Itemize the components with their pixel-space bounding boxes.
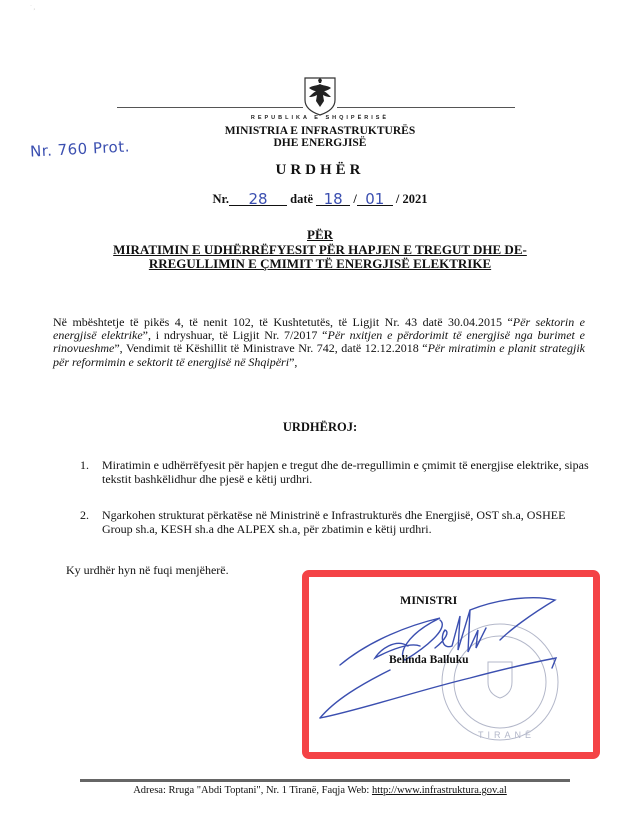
item-number: 1. (80, 458, 102, 486)
order-item: 2. Ngarkohen strukturat përkatëse në Min… (80, 508, 590, 536)
preamble-text: ”, Vendimit të Këshillit të Ministrave N… (114, 341, 427, 355)
preamble-text: ”, (289, 355, 297, 369)
handwritten-protocol-number: Nr. 760 Prot. (30, 137, 131, 160)
title-line-2: MIRATIMIN E UDHËRRËFYESIT PËR HAPJEN E T… (0, 243, 640, 258)
order-number-line: Nr.28 datë 18 /01 / 2021 (0, 192, 640, 207)
coat-of-arms-icon (303, 74, 337, 116)
effective-statement: Ky urdhër hyn në fuqi menjëherë. (66, 563, 229, 578)
nr-value: 28 (248, 190, 267, 208)
date-day: 18 (324, 190, 343, 208)
svg-text:TIRANË: TIRANË (478, 730, 535, 740)
official-stamp-icon: TIRANË (442, 624, 558, 740)
republic-label: REPUBLIKA E SHQIPËRISË (0, 115, 640, 121)
signatory-name: Belinda Balluku (389, 654, 469, 666)
ministry-website-link[interactable]: http://www.infrastruktura.gov.al (372, 785, 507, 796)
nr-field: 28 (229, 192, 287, 206)
date-month: 01 (365, 190, 384, 208)
date-month-field: 01 (357, 192, 393, 206)
date-label: datë (290, 192, 313, 206)
footer-address: Adresa: Rruga "Abdi Toptani", Nr. 1 Tira… (0, 785, 640, 796)
preamble-text: ”, i ndryshuar, të Ligjit Nr. 7/2017 “ (143, 328, 328, 342)
ministry-line-1: MINISTRIA E INFRASTRUKTURËS (0, 125, 640, 137)
signatory-title: MINISTRI (400, 593, 457, 608)
title-line-1: PËR (0, 228, 640, 243)
date-year: / 2021 (396, 192, 428, 206)
order-item: 1. Miratimin e udhërrëfyesit për hapjen … (80, 458, 590, 486)
preamble-text: Në mbështetje të pikës 4, të nenit 102, … (53, 315, 513, 329)
order-heading: URDHËROJ: (0, 420, 640, 435)
footer-rule (80, 779, 570, 782)
item-text: Miratimin e udhërrëfyesit për hapjen e t… (102, 458, 590, 486)
item-number: 2. (80, 508, 102, 536)
nr-label: Nr. (212, 192, 229, 206)
document-type: URDHËR (0, 162, 640, 179)
document-title: PËR MIRATIMIN E UDHËRRËFYESIT PËR HAPJEN… (0, 228, 640, 272)
date-day-field: 18 (316, 192, 350, 206)
footer-address-text: Adresa: Rruga "Abdi Toptani", Nr. 1 Tira… (133, 785, 372, 796)
title-line-3: RREGULLIMIN E ÇMIMIT TË ENERGJISË ELEKTR… (0, 257, 640, 272)
preamble-paragraph: Në mbështetje të pikës 4, të nenit 102, … (53, 316, 585, 369)
scan-specks: ˙ , (30, 5, 35, 11)
item-text: Ngarkohen strukturat përkatëse në Minist… (102, 508, 590, 536)
